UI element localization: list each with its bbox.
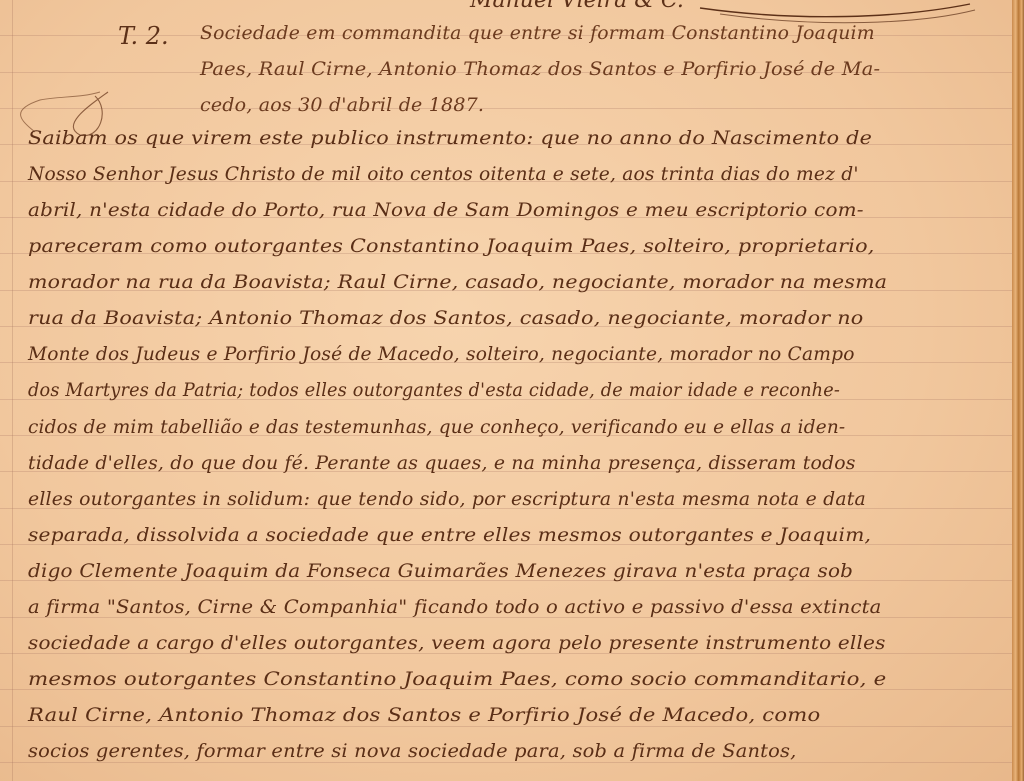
body-line: Nosso Senhor Jesus Christo de mil oito c… (28, 163, 859, 185)
body-line: tidade d'elles, do que dou fé. Perante a… (28, 452, 856, 474)
body-line: cidos de mim tabellião e das testemunhas… (28, 416, 845, 438)
header-fragment: Manuel Vieira & C. (470, 0, 684, 13)
body-line: Raul Cirne, Antonio Thomaz dos Santos e … (28, 704, 820, 726)
body-line: mesmos outorgantes Constantino Joaquim P… (28, 668, 886, 690)
body-line: pareceram como outorgantes Constantino J… (28, 235, 875, 257)
ruled-line (0, 762, 1012, 763)
body-line: digo Clemente Joaquim da Fonseca Guimarã… (28, 560, 853, 582)
body-line: separada, dissolvida a sociedade que ent… (28, 524, 871, 546)
book-binding-edge (1012, 0, 1024, 781)
heading-line: cedo, aos 30 d'abril de 1887. (200, 94, 484, 116)
body-line: socios gerentes, formar entre si nova so… (28, 740, 797, 762)
body-line: elles outorgantes in solidum: que tendo … (28, 488, 866, 510)
body-line: sociedade a cargo d'elles outorgantes, v… (28, 632, 886, 654)
body-line: abril, n'esta cidade do Porto, rua Nova … (28, 199, 864, 221)
folio-mark: T. 2. (118, 22, 169, 50)
body-line: Monte dos Judeus e Porfirio José de Mace… (28, 343, 855, 365)
body-line: dos Martyres da Patria; todos elles outo… (28, 379, 840, 401)
body-line: a firma "Santos, Cirne & Companhia" fica… (28, 596, 882, 618)
ruled-line (0, 108, 1012, 109)
manuscript-page: Manuel Vieira & C. T. 2. Sociedade em co… (0, 0, 1012, 781)
body-line: rua da Boavista; Antonio Thomaz dos Sant… (28, 307, 863, 329)
body-line: morador na rua da Boavista; Raul Cirne, … (28, 271, 887, 293)
heading-line: Paes, Raul Cirne, Antonio Thomaz dos San… (200, 58, 880, 80)
left-margin-line (12, 0, 13, 781)
heading-line: Sociedade em commandita que entre si for… (200, 22, 875, 44)
body-line: Saibam os que virem este publico instrum… (28, 127, 872, 149)
ruled-line (0, 726, 1012, 727)
